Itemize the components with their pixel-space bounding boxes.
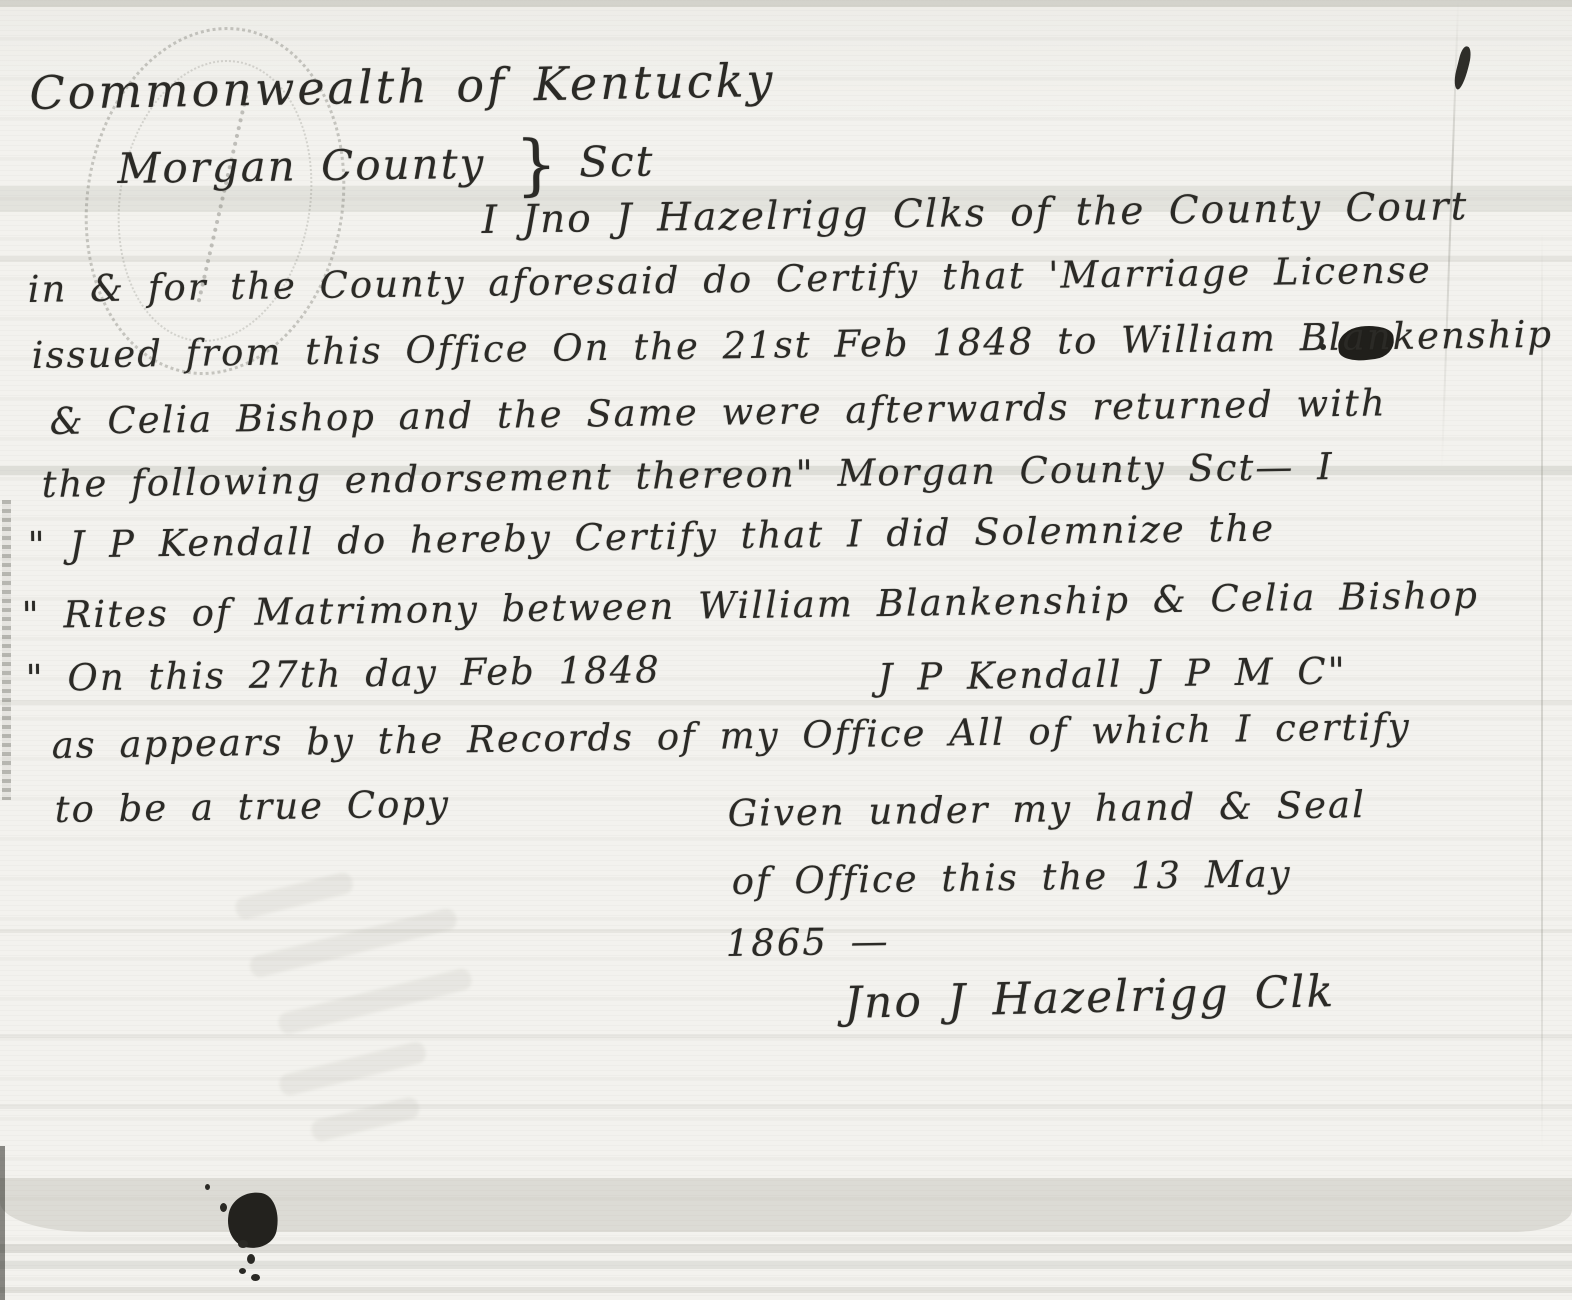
heading-commonwealth: Commonwealth of Kentucky	[29, 53, 776, 120]
fold-crease	[1541, 230, 1543, 1150]
scan-streak	[0, 700, 1572, 705]
closing-line-year: 1865 —	[725, 920, 890, 965]
ghost-stamp-mark	[248, 906, 459, 979]
ghost-stamp-mark	[233, 871, 355, 921]
ink-speck	[238, 1240, 248, 1248]
ghost-stamp-bleedthrough	[219, 828, 517, 1175]
body-line-marriage-date: " On this 27th day Feb 1848	[25, 648, 661, 700]
clerk-signature: Jno J Hazelrigg Clk	[844, 966, 1336, 1029]
ghost-stamp-mark	[277, 1040, 428, 1098]
ink-speck	[205, 1184, 210, 1190]
scan-streak	[0, 1261, 1572, 1269]
page-edge-speckle	[2, 500, 11, 800]
ghost-stamp-mark	[276, 967, 473, 1036]
scan-streak	[0, 1034, 1572, 1038]
scan-streak	[0, 0, 1572, 7]
body-line-endorsement: the following endorsement thereon" Morga…	[41, 445, 1334, 506]
county-name: Morgan County	[117, 139, 485, 193]
body-line-kendall-certify: " J P Kendall do hereby Certify that I d…	[27, 507, 1275, 567]
scan-streak	[0, 1244, 1572, 1253]
body-line-certify: in & for the County aforesaid do Certify…	[27, 248, 1432, 311]
body-line-records: as appears by the Records of my Office A…	[51, 705, 1411, 767]
closing-line-given: Given under my hand & Seal	[727, 783, 1366, 835]
scan-streak	[0, 1287, 1572, 1293]
brace-glyph: }	[515, 126, 560, 204]
scan-streak	[0, 1104, 1572, 1109]
sct-abbreviation: Sct	[579, 137, 655, 187]
body-line-returned: & Celia Bishop and the Same were afterwa…	[49, 381, 1387, 443]
kendall-signature: J P Kendall J P M C"	[877, 649, 1347, 699]
ink-speck	[220, 1203, 227, 1212]
closing-line-office-date: of Office this the 13 May	[731, 852, 1292, 903]
body-line-license-date: issued from this Office On the 21st Feb …	[31, 313, 1553, 377]
ghost-stamp-mark	[309, 1095, 421, 1143]
body-line-true-copy: to be a true Copy	[54, 782, 450, 831]
ink-speck	[251, 1274, 260, 1281]
ink-speck	[239, 1268, 246, 1274]
page-edge-shadow	[0, 1146, 5, 1300]
body-line-rites: " Rites of Matrimony between William Bla…	[21, 574, 1479, 637]
scanned-document-page: { "doc": { "title": "Commonwealth of Ken…	[0, 0, 1572, 1300]
ink-speck	[247, 1254, 255, 1264]
ink-blot	[224, 1188, 282, 1251]
